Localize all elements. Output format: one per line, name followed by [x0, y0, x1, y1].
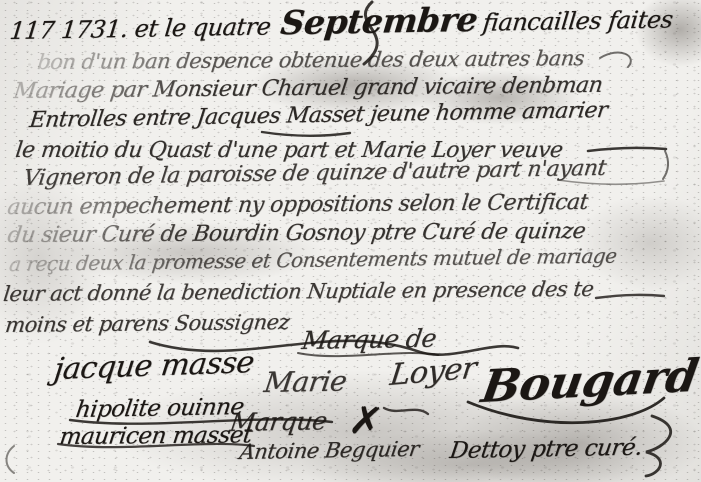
signature-marie: Marie: [262, 365, 349, 399]
flourish-cross-stroke: [384, 408, 428, 414]
signature-antoine-begquier: Antoine Begquier: [238, 437, 420, 464]
handwritten-line-witnesses: moins et parens Soussignez: [4, 310, 291, 337]
flourish-te-dash: [596, 295, 664, 298]
signature-hipolite-ouinne: hipolite ouinne: [74, 394, 245, 423]
scanned-document: 117 1731. et le quatreSeptembrefiancaill…: [0, 0, 701, 482]
handwritten-line-certificate: du sieur Curé de Bourdin Gosnoy ptre Cur…: [6, 219, 587, 248]
signature-jacque-masse: jacque masse: [52, 345, 256, 387]
handwritten-line-marque-de: Marque de: [300, 324, 438, 355]
flourish-bans-curl: [600, 53, 631, 67]
handwritten-line-benediction: leur act donné la benediction Nuptiale e…: [2, 277, 595, 306]
flourish-veuve-box-right: [663, 151, 668, 179]
handwritten-line-banns: bon d'un ban despence obtenue des deux a…: [36, 46, 586, 74]
signature-bougard: Bougard: [478, 349, 701, 413]
flourish-margin-paren: [7, 446, 15, 473]
signature-loyer: Loyer: [388, 351, 478, 393]
betrothal-phrase: fiancailles faites: [481, 5, 674, 36]
handwritten-line-impediment: aucun empechement ny oppositions selon l…: [6, 190, 589, 220]
handwritten-line-groom: Entrolles entre Jacques Masset jeune hom…: [28, 98, 609, 133]
flourish-masset-underline: [262, 132, 350, 136]
month-word: Septembre: [279, 0, 480, 42]
flourish-right-curl: [646, 416, 671, 476]
entry-date-line: 117 1731. et le quatreSeptembrefiancaill…: [8, 0, 675, 47]
signature-priest-cure: Dettoy ptre curé.: [448, 435, 644, 464]
flourish-veuve-dash: [588, 148, 666, 151]
handwritten-line-consent: a reçu deux la promesse et Consentements…: [8, 244, 618, 276]
record-number-year: 117 1731. et le quatre: [8, 12, 272, 45]
signature-mauricen-masset: mauricen masset: [58, 422, 253, 450]
